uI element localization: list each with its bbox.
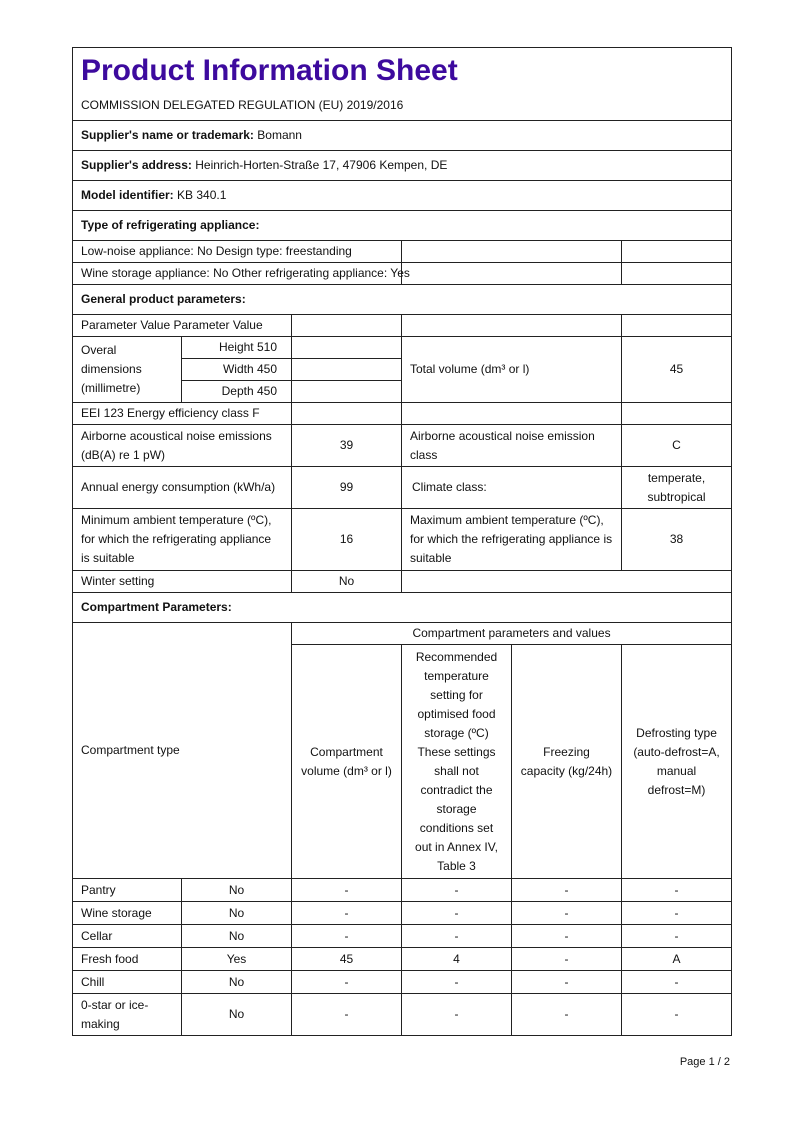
supplier-name-value: Bomann <box>257 128 302 142</box>
empty-cell <box>622 315 732 337</box>
cell-defrost: - <box>622 994 732 1036</box>
cell-freezing: - <box>512 971 622 994</box>
max-temp-value: 38 <box>622 509 732 571</box>
min-temp-label: Minimum ambient temperature (ºC), for wh… <box>73 509 292 571</box>
table-row: Fresh foodYes454-A <box>73 948 732 971</box>
total-volume-label: Total volume (dm³ or l) <box>402 337 622 403</box>
empty-cell <box>402 315 622 337</box>
noise-value: 39 <box>292 425 402 467</box>
cell-temp: - <box>402 994 512 1036</box>
model-label: Model identifier: <box>81 188 174 202</box>
cell-freezing: - <box>512 925 622 948</box>
empty-cell <box>292 359 402 381</box>
compartment-type-header: Compartment type <box>73 623 292 879</box>
cell-temp: 4 <box>402 948 512 971</box>
appliance-type-row-2: Wine storage appliance: No Other refrige… <box>73 263 402 285</box>
compartment-rows: PantryNo----Wine storageNo----CellarNo--… <box>73 879 732 1036</box>
energy-label: Annual energy consumption (kWh/a) <box>73 467 292 509</box>
cell-defrost: - <box>622 925 732 948</box>
col-volume-header: Compartment volume (dm³ or l) <box>292 645 402 879</box>
general-heading-text: General product parameters: <box>81 292 246 306</box>
cell-type: Chill <box>73 971 182 994</box>
noise-class-value: C <box>622 425 732 467</box>
depth-value: Depth 450 <box>182 381 292 403</box>
supplier-address-row: Supplier's address: Heinrich-Horten-Stra… <box>73 151 732 181</box>
cell-volume: - <box>292 925 402 948</box>
model-value: KB 340.1 <box>177 188 226 202</box>
dimensions-label: Overal dimensions (millimetre) <box>73 337 182 403</box>
col-temp-header: Recommended temperature setting for opti… <box>402 645 512 879</box>
max-temp-label: Maximum ambient temperature (ºC), for wh… <box>402 509 622 571</box>
width-value: Width 450 <box>182 359 292 381</box>
product-information-sheet: Product Information Sheet COMMISSION DEL… <box>72 47 731 1036</box>
supplier-name-row: Supplier's name or trademark: Bomann <box>73 121 732 151</box>
empty-cell <box>292 315 402 337</box>
cell-temp: - <box>402 971 512 994</box>
table-row: Wine storageNo---- <box>73 902 732 925</box>
regulation-text: COMMISSION DELEGATED REGULATION (EU) 201… <box>73 90 732 121</box>
general-heading: General product parameters: <box>73 285 732 315</box>
cell-volume: - <box>292 971 402 994</box>
cell-volume: - <box>292 902 402 925</box>
appliance-type-heading: Type of refrigerating appliance: <box>73 211 732 241</box>
total-volume-value: 45 <box>622 337 732 403</box>
cell-freezing: - <box>512 902 622 925</box>
page-title: Product Information Sheet <box>73 48 732 91</box>
supplier-address-value: Heinrich-Horten-Straße 17, 47906 Kempen,… <box>195 158 447 172</box>
cell-type: Wine storage <box>73 902 182 925</box>
empty-cell <box>402 263 622 285</box>
empty-cell <box>292 403 402 425</box>
empty-cell <box>292 381 402 403</box>
appliance-type-row-1: Low-noise appliance: No Design type: fre… <box>73 241 402 263</box>
compartment-group-header: Compartment parameters and values <box>292 623 732 645</box>
table-row: 0-star or ice-makingNo---- <box>73 994 732 1036</box>
noise-class-label: Airborne acoustical noise emission class <box>402 425 622 467</box>
general-header-row: Parameter Value Parameter Value <box>73 315 292 337</box>
supplier-name-label: Supplier's name or trademark: <box>81 128 254 142</box>
cell-type: Pantry <box>73 879 182 902</box>
col-freezing-header: Freezing capacity (kg/24h) <box>512 645 622 879</box>
climate-label: Climate class: <box>402 467 622 509</box>
col-defrost-header: Defrosting type (auto-defrost=A, manual … <box>622 645 732 879</box>
cell-present: No <box>182 902 292 925</box>
cell-freezing: - <box>512 948 622 971</box>
cell-present: No <box>182 971 292 994</box>
cell-temp: - <box>402 879 512 902</box>
empty-cell <box>402 403 622 425</box>
compartment-heading-text: Compartment Parameters: <box>81 600 232 614</box>
height-value: Height 510 <box>182 337 292 359</box>
cell-present: No <box>182 879 292 902</box>
cell-defrost: - <box>622 879 732 902</box>
empty-cell <box>622 403 732 425</box>
supplier-address-label: Supplier's address: <box>81 158 192 172</box>
winter-label: Winter setting <box>73 571 292 593</box>
table-row: PantryNo---- <box>73 879 732 902</box>
cell-temp: - <box>402 902 512 925</box>
cell-present: Yes <box>182 948 292 971</box>
cell-defrost: - <box>622 971 732 994</box>
winter-value: No <box>292 571 402 593</box>
cell-volume: - <box>292 879 402 902</box>
compartment-heading: Compartment Parameters: <box>73 593 732 623</box>
min-temp-value: 16 <box>292 509 402 571</box>
empty-cell <box>622 263 732 285</box>
cell-type: 0-star or ice-making <box>73 994 182 1036</box>
info-table: Product Information Sheet COMMISSION DEL… <box>72 47 732 1036</box>
cell-temp: - <box>402 925 512 948</box>
eei-row: EEI 123 Energy efficiency class F <box>73 403 292 425</box>
climate-value: temperate, subtropical <box>622 467 732 509</box>
model-row: Model identifier: KB 340.1 <box>73 181 732 211</box>
empty-cell <box>622 241 732 263</box>
energy-value: 99 <box>292 467 402 509</box>
cell-type: Cellar <box>73 925 182 948</box>
cell-volume: 45 <box>292 948 402 971</box>
empty-cell <box>402 241 622 263</box>
page-number: Page 1 / 2 <box>680 1056 730 1068</box>
cell-volume: - <box>292 994 402 1036</box>
cell-type: Fresh food <box>73 948 182 971</box>
cell-defrost: A <box>622 948 732 971</box>
empty-cell <box>402 571 732 593</box>
cell-freezing: - <box>512 879 622 902</box>
appliance-type-heading-text: Type of refrigerating appliance: <box>81 218 259 232</box>
cell-present: No <box>182 925 292 948</box>
noise-label: Airborne acoustical noise emissions (dB(… <box>73 425 292 467</box>
table-row: CellarNo---- <box>73 925 732 948</box>
cell-freezing: - <box>512 994 622 1036</box>
cell-present: No <box>182 994 292 1036</box>
empty-cell <box>292 337 402 359</box>
cell-defrost: - <box>622 902 732 925</box>
table-row: ChillNo---- <box>73 971 732 994</box>
